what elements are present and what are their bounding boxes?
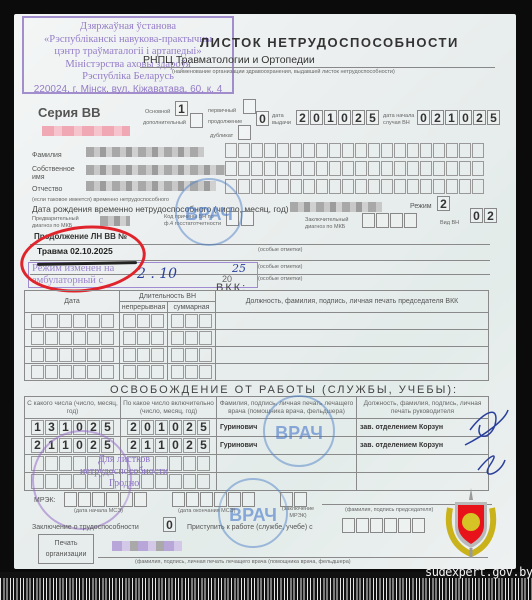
vkk-chair-cell[interactable] (216, 347, 489, 364)
digit (356, 518, 369, 533)
grid-cell (73, 331, 86, 345)
vkk-date-cell[interactable] (25, 330, 120, 347)
digit (186, 492, 199, 507)
digit (172, 492, 185, 507)
grid-cell (329, 161, 341, 176)
grid-cell (459, 179, 471, 194)
vkk-row (25, 347, 489, 364)
grid-cell (185, 348, 198, 362)
dopolnitelny-box[interactable] (190, 113, 203, 128)
grid-cell (368, 161, 380, 176)
expert-emblem-icon (442, 488, 500, 558)
digit: 5 (101, 420, 114, 435)
digit: 0 (310, 110, 323, 125)
digit: 2 (431, 110, 444, 125)
grid-cell (123, 314, 136, 328)
grid-cell (151, 348, 164, 362)
grid-cell (329, 179, 341, 194)
grid-cell (355, 161, 367, 176)
grid-cell (31, 365, 44, 379)
redacted-signature (112, 541, 182, 551)
grid-cell (73, 365, 86, 379)
redacted-first-name (86, 165, 226, 175)
final-diag-label: Заключительный диагноз по МКБ (305, 217, 365, 230)
vkk-row (25, 313, 489, 330)
digit (228, 492, 241, 507)
handwritten-date: 2 . 10 (137, 266, 177, 282)
grid-cell (316, 143, 328, 158)
col-chair: Должность, фамилия, подпись, личная печа… (216, 291, 489, 313)
stamp-line: Дзяржаўная ўстанова (24, 21, 232, 34)
grid-cell (151, 331, 164, 345)
grid-cell (472, 161, 484, 176)
grid-cell (459, 161, 471, 176)
issue-date-digits: 2 0 1 0 2 5 (296, 110, 379, 125)
grid-cell (123, 365, 136, 379)
vkk-continuous-cell[interactable] (120, 330, 168, 347)
grid-cell (433, 179, 445, 194)
grid-cell (407, 161, 419, 176)
grid-cell (59, 314, 72, 328)
grid-cell (151, 365, 164, 379)
vkk-total-cell[interactable] (168, 364, 216, 381)
release-title: ОСВОБОЖДЕНИЕ ОТ РАБОТЫ (СЛУЖБЫ, УЧЕБЫ): (110, 384, 458, 396)
return-label: Приступить к работе (службе, учебе) с (187, 524, 313, 532)
digit: 3 (45, 420, 58, 435)
grid-cell (251, 143, 263, 158)
special-note-label: (особые отметки) (258, 264, 302, 271)
grid-cell (123, 331, 136, 345)
grid-cell (45, 314, 58, 328)
surname-grid (225, 143, 484, 158)
vkk-row (25, 364, 489, 381)
organization-caption: (наименование организации здравоохранени… (172, 69, 395, 76)
grid-cell (31, 314, 44, 328)
digit (134, 492, 147, 507)
mrek-conclusion-label: (заключение МРЭК) (278, 506, 318, 519)
vid-vn-label: Вид ВН (440, 220, 459, 227)
vkk-row (25, 330, 489, 347)
doctor-sig-label: (фамилия, подпись, личная печать лечащег… (135, 559, 351, 566)
mrek-label: МРЭК: (34, 497, 56, 505)
otchestvo-note: (если таковое имеется) временно нетрудос… (32, 197, 169, 204)
grid-cell (446, 161, 458, 176)
grid-cell (101, 314, 114, 328)
handwritten-year: 25 (232, 262, 246, 275)
stamp-line: Гродно (80, 478, 168, 490)
divider (140, 67, 495, 68)
grid-cell (355, 179, 367, 194)
grid-cell (185, 314, 198, 328)
digit (404, 213, 417, 228)
head-signature (460, 400, 510, 490)
grid-cell (199, 314, 212, 328)
vkk-table: Дата Длительность ВН Должность, фамилия,… (24, 290, 489, 381)
grid-cell (59, 331, 72, 345)
series-label: Серия ВВ (38, 105, 101, 120)
msee-start-boxes[interactable] (64, 492, 147, 507)
digit: 5 (487, 110, 500, 125)
grid-cell (368, 179, 380, 194)
grid-cell (171, 365, 184, 379)
grid-cell (87, 348, 100, 362)
conclusion-box[interactable]: 0 (163, 517, 176, 532)
grid-cell (394, 143, 406, 158)
mrek-conclusion-boxes[interactable] (280, 492, 307, 507)
digit: 5 (197, 420, 210, 435)
osnovnoy-label: Основной (145, 109, 170, 116)
rezhim-box[interactable]: 2 (437, 196, 450, 211)
digit (183, 456, 196, 471)
digit: 1 (324, 110, 337, 125)
stamp-line: 220024, г. Мінск, вул. Кіжаватава, 60, к… (24, 84, 232, 97)
grid-cell (199, 365, 212, 379)
imya-label: Собственное имя (32, 166, 82, 182)
digit: 1 (155, 420, 168, 435)
digit: 2 (183, 438, 196, 453)
doctor-stamp-top: ВРАЧ (175, 178, 243, 246)
pervichny-label: первичный (208, 108, 236, 115)
grid-cell (31, 348, 44, 362)
digit (362, 213, 375, 228)
conclusion-label: Заключение о трудоспособности (32, 524, 139, 532)
doctor-stamp-middle: ВРАЧ (263, 395, 335, 467)
grid-cell (123, 348, 136, 362)
grid-cell (446, 179, 458, 194)
grid-cell (137, 314, 150, 328)
to-date-cell[interactable]: 211025 (121, 437, 217, 455)
digit: 0 (470, 208, 483, 223)
digit: 1 (445, 110, 458, 125)
rezhim-label: Режим (410, 203, 432, 211)
grid-cell (303, 161, 315, 176)
return-date-boxes[interactable] (342, 518, 425, 533)
digit: 1 (31, 420, 44, 435)
prodolzhenie-box[interactable]: 0 (256, 111, 269, 126)
grid-cell (225, 143, 237, 158)
organization-name: РНПЦ Травматологии и Ортопедии (143, 54, 315, 66)
grid-cell (381, 143, 393, 158)
grid-cell (171, 348, 184, 362)
grid-cell (277, 143, 289, 158)
digit (106, 492, 119, 507)
vkk-total-cell[interactable] (168, 347, 216, 364)
special-note-label: (особые отметки) (258, 276, 302, 283)
redacted-diagnosis (100, 216, 130, 226)
digit (120, 492, 133, 507)
vkk-total-cell[interactable] (168, 313, 216, 330)
vkk-date-cell[interactable] (25, 313, 120, 330)
grid-cell (251, 161, 263, 176)
vkk-total-cell[interactable] (168, 330, 216, 347)
stamp-line: нетрудоспособности (80, 466, 168, 478)
digit (92, 492, 105, 507)
grid-cell (446, 143, 458, 158)
grid-cell (137, 348, 150, 362)
digit (78, 492, 91, 507)
grid-cell (238, 161, 250, 176)
digit (342, 518, 355, 533)
vkk-continuous-cell[interactable] (120, 313, 168, 330)
digit (197, 456, 210, 471)
dopolnitelny-label: дополнительный (143, 120, 186, 127)
digit (169, 456, 182, 471)
grid-cell (290, 161, 302, 176)
dublikat-box[interactable] (238, 125, 251, 140)
grid-cell (394, 179, 406, 194)
vkk-chair-cell[interactable] (216, 313, 489, 330)
grid-cell (45, 365, 58, 379)
grid-cell (342, 179, 354, 194)
stamp-box: Печать организации (38, 534, 94, 564)
grid-cell (303, 143, 315, 158)
grid-cell (472, 143, 484, 158)
stamp-text: ВРАЧ (275, 423, 323, 443)
digit: 2 (183, 420, 196, 435)
col-to: По какое число включительно (число, меся… (121, 397, 217, 419)
first-name-grid (225, 161, 484, 176)
digit (197, 474, 210, 489)
grid-cell (251, 179, 263, 194)
digit (183, 474, 196, 489)
grid-cell (171, 314, 184, 328)
chair-sig-label: (фамилия, подпись председателя) (345, 507, 433, 514)
stamp-text: ВРАЧ (229, 505, 277, 525)
grid-cell (355, 143, 367, 158)
grid-cell (87, 314, 100, 328)
digit (370, 518, 383, 533)
grid-cell (277, 161, 289, 176)
grid-cell (238, 179, 250, 194)
redacted-birth-date (290, 202, 382, 212)
col-total: суммарная (168, 302, 216, 313)
vkk-continuous-cell[interactable] (120, 347, 168, 364)
grid-cell (101, 348, 114, 362)
digit: 5 (197, 438, 210, 453)
grid-cell (185, 331, 198, 345)
stamp-line: Для листков (80, 454, 168, 466)
msee-end-label: (дата окончания МСЭ) (178, 508, 235, 515)
pervichny-box[interactable] (243, 99, 256, 114)
digit: 2 (127, 438, 140, 453)
redacted-number (42, 126, 130, 136)
patronymic-grid (225, 179, 484, 194)
grid-cell (101, 365, 114, 379)
digit: 2 (296, 110, 309, 125)
grid-cell (199, 348, 212, 362)
document-title: ЛИСТОК НЕТРУДОСПОСОБНОСТИ (200, 35, 459, 50)
grid-cell (87, 331, 100, 345)
col-duration: Длительность ВН (120, 291, 216, 302)
digit: 1 (141, 438, 154, 453)
grid-cell (277, 179, 289, 194)
grid-cell (394, 161, 406, 176)
grid-cell (171, 331, 184, 345)
digit (214, 492, 227, 507)
vid-vn-boxes[interactable]: 0 2 (470, 208, 497, 223)
grid-cell (316, 161, 328, 176)
grid-cell (87, 365, 100, 379)
digit (200, 492, 213, 507)
grid-cell (407, 179, 419, 194)
digit: 2 (484, 208, 497, 223)
grid-cell (31, 331, 44, 345)
digit (280, 492, 293, 507)
grid-cell (381, 161, 393, 176)
grid-cell (59, 348, 72, 362)
vkk-chair-cell[interactable] (216, 330, 489, 347)
col-date: Дата (25, 291, 120, 313)
divider (98, 557, 488, 558)
grid-cell (342, 143, 354, 158)
digit: 0 (169, 438, 182, 453)
grid-cell (45, 331, 58, 345)
grid-cell (264, 143, 276, 158)
otchestvo-label: Отчество (32, 186, 62, 194)
grid-cell (407, 143, 419, 158)
digit (412, 518, 425, 533)
vkk-continuous-cell[interactable] (120, 364, 168, 381)
digit: 0 (417, 110, 430, 125)
digit (294, 492, 307, 507)
grid-cell (290, 143, 302, 158)
vkk-chair-cell[interactable] (216, 364, 489, 381)
grid-cell (290, 179, 302, 194)
grid-cell (303, 179, 315, 194)
start-date-digits: 0 2 1 0 2 5 (417, 110, 500, 125)
osnovnoy-box[interactable]: 1 (175, 101, 188, 116)
digit (390, 213, 403, 228)
special-note-label: (особые отметки) (258, 247, 302, 254)
grid-cell (199, 331, 212, 345)
msee-start-label: (дата начала МСЭ) (74, 508, 123, 515)
col-from: С какого числа (число, месяц, год) (25, 397, 121, 419)
stamp-text: ВРАЧ (185, 204, 233, 224)
digit (376, 213, 389, 228)
digit: 2 (352, 110, 365, 125)
digit (384, 518, 397, 533)
digit: 5 (366, 110, 379, 125)
stamp-box-label: Печать организации (46, 540, 87, 558)
vkk-date-cell[interactable] (25, 364, 120, 381)
digit: 1 (155, 438, 168, 453)
grid-cell (225, 161, 237, 176)
grid-cell (238, 143, 250, 158)
grid-cell (101, 331, 114, 345)
grid-cell (433, 143, 445, 158)
final-diag-boxes[interactable] (362, 213, 417, 228)
grid-cell (459, 143, 471, 158)
digit: 2 (473, 110, 486, 125)
grid-cell (137, 331, 150, 345)
grid-cell (420, 179, 432, 194)
grid-cell (433, 161, 445, 176)
col-continuous: непрерывная (120, 302, 168, 313)
grid-cell (420, 143, 432, 158)
grid-cell (420, 161, 432, 176)
grid-cell (381, 179, 393, 194)
digit: 2 (127, 420, 140, 435)
digit (64, 492, 77, 507)
grid-cell (185, 365, 198, 379)
redacted-surname (86, 147, 204, 157)
data-vydachi-label: дата выдачи (272, 113, 298, 126)
digit: 0 (459, 110, 472, 125)
sick-stamp-text: Для листков нетрудоспособности Гродно (80, 454, 168, 490)
col-chair-text: Должность, фамилия, подпись, личная печа… (246, 298, 459, 305)
grid-cell (264, 179, 276, 194)
digit (398, 518, 411, 533)
digit (242, 492, 255, 507)
grid-cell (329, 143, 341, 158)
digit (169, 474, 182, 489)
grid-cell (264, 161, 276, 176)
grid-cell (342, 161, 354, 176)
digit: 0 (338, 110, 351, 125)
grid-cell (316, 179, 328, 194)
familiya-label: Фамилия (32, 152, 62, 160)
grid-cell (59, 365, 72, 379)
msee-end-boxes[interactable] (172, 492, 255, 507)
grid-cell (73, 348, 86, 362)
watermark: sudexpert.gov.by (425, 565, 532, 579)
dublikat-label: дубликат (210, 133, 233, 140)
data-nachala-label: дата начала случая ВН (383, 113, 415, 126)
grid-cell (151, 314, 164, 328)
to-date-cell[interactable]: 201025 (121, 419, 217, 437)
grid-cell (472, 179, 484, 194)
grid-cell (137, 365, 150, 379)
grid-cell (368, 143, 380, 158)
digit: 0 (169, 420, 182, 435)
vkk-date-cell[interactable] (25, 347, 120, 364)
grid-cell (73, 314, 86, 328)
digit: 0 (141, 420, 154, 435)
grid-cell (45, 348, 58, 362)
